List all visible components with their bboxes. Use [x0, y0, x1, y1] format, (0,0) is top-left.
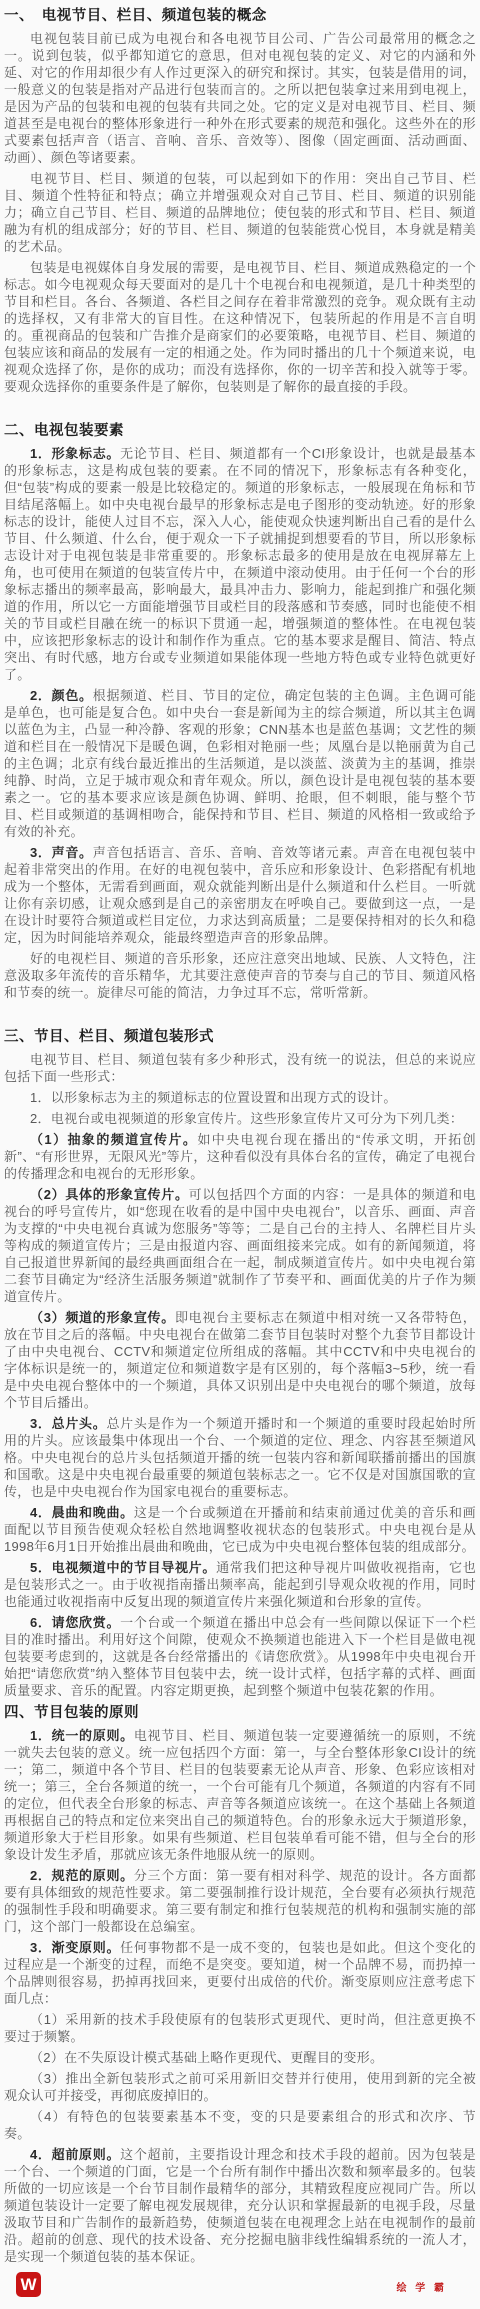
paragraph-text: 即电视台主要标志在频道中相对统一又各带特色，放在节目之后的落幅。中央电视台在做第…	[4, 1310, 476, 1410]
paragraph-text: 好的电视栏目、频道的音乐形象，还应注意突出地域、民族、人文特色，注意汲取多年流传…	[4, 951, 476, 1000]
paragraph: 电视包装目前已成为电视台和各电视节目公司、广告公司最常用的概念之一。说到包装，似…	[4, 30, 476, 166]
paragraph-lead-label: 3．渐变原则。	[30, 1940, 120, 1955]
paragraph: 5．电视频道中的节目导视片。通常我们把这种导视片叫做收视指南，它也是包装形式之一…	[4, 1559, 476, 1610]
paragraph-lead-label: （3）频道的形象宣传。	[30, 1310, 175, 1325]
paragraph: 电视节目、栏目、频道包装有多少种形式，没有统一的说法，但总的来说应包括下面一些形…	[4, 1051, 476, 1085]
paragraph: 6．请您欣赏。一个台或一个频道在播出中总会有一些间隙以保证下一个栏目的准时播出。…	[4, 1614, 476, 1699]
paragraph-lead-label: 3．声音。	[30, 845, 93, 860]
logo-letter-w: W	[20, 2276, 36, 2293]
paragraph-lead-label: （2）具体的形象宣传片。	[30, 1187, 189, 1202]
paragraph-lead-label: 1．统一的原则。	[30, 1728, 134, 1743]
document-page: 一、 电视节目、栏目、频道包装的概念电视包装目前已成为电视台和各电视节目公司、广…	[0, 0, 480, 2309]
section-heading: 三、节目、栏目、频道包装形式	[4, 1027, 476, 1047]
paragraph: 好的电视栏目、频道的音乐形象，还应注意突出地域、民族、人文特色，注意汲取多年流传…	[4, 950, 476, 1001]
paragraph-text: （3）推出全新包装形式之前可采用新旧交替并行使用，使用到新的完全被观众认可并接受…	[4, 2071, 476, 2103]
paragraph-text: 可以包括四个方面的内容：一是具体的频道和电视台的呼号宣传片，如“您现在收看的是中…	[4, 1187, 476, 1304]
paragraph: 包装是电视媒体自身发展的需要，是电视节目、栏目、频道成熟稳定的一个标志。如今电视…	[4, 259, 476, 395]
paragraph: （3）推出全新包装形式之前可采用新旧交替并行使用，使用到新的完全被观众认可并接受…	[4, 2070, 476, 2104]
paragraph: 4．晨曲和晚曲。这是一个台或频道在开播前和结束前通过优美的音乐和画面配以节目预告…	[4, 1504, 476, 1555]
paragraph: （1）抽象的频道宣传片。如中央电视台现在播出的“传承文明，开拓创新”、“有形世界…	[4, 1131, 476, 1182]
paragraph-text: 电视节目、栏目、频道的包装，可以起到如下的作用：突出自己节目、栏目、频道个性特征…	[4, 171, 476, 254]
paragraph-text: 这个超前，主要指设计理念和技术手段的超前。因为包装是一个台、一个频道的门面，它是…	[4, 2147, 476, 2264]
paragraph-text: （2）在不失原设计模式基础上略作更现代、更醒目的变形。	[30, 2050, 383, 2065]
paragraph: （3）频道的形象宣传。即电视台主要标志在频道中相对统一又各带特色，放在节目之后的…	[4, 1309, 476, 1411]
paragraph-lead-label: 1．形象标志。	[30, 446, 120, 461]
paragraph-text: 电视节目、栏目、频道包装有多少种形式，没有统一的说法，但总的来说应包括下面一些形…	[4, 1052, 476, 1084]
paragraph-lead-label: 4．晨曲和晚曲。	[30, 1505, 134, 1520]
section-heading: 一、 电视节目、栏目、频道包装的概念	[4, 6, 476, 26]
paragraph-text: （1）采用新的技术手段使原有的包装形式更现代、更时尚，但注意更换不要过于频繁。	[4, 2012, 476, 2044]
paragraph: 电视节目、栏目、频道的包装，可以起到如下的作用：突出自己节目、栏目、频道个性特征…	[4, 170, 476, 255]
paragraph-text: 根据频道、栏目、节目的定位，确定包装的主色调。主色调可能是单色，也可能是复合色。…	[4, 688, 476, 839]
paragraph: 2．规范的原则。分三个方面：第一要有相对科学、规范的设计。各方面都要有具体细致的…	[4, 1867, 476, 1935]
paragraph: 3．声音。声音包括语言、音乐、音响、音效等诸元素。声音在电视包装中起着非常突出的…	[4, 844, 476, 946]
paragraph-lead-label: 3．总片头。	[30, 1416, 106, 1431]
paragraph-lead-label: 5．电视频道中的节目导视片。	[30, 1560, 216, 1575]
paragraph: （2）具体的形象宣传片。可以包括四个方面的内容：一是具体的频道和电视台的呼号宣传…	[4, 1186, 476, 1305]
paragraph-text: 电视节目、栏目、频道包装一定要遵循统一的原则，不统一就失去包装的意义。统一应包括…	[4, 1728, 476, 1862]
paragraph-text: （4）有特色的包装要素基本不变，变的只是要素组合的形式和次序、节奏。	[4, 2109, 476, 2141]
paragraph-lead-label: 2．规范的原则。	[30, 1868, 134, 1883]
paragraph-text: 2．电视台或电视频道的形象宣传片。这些形象宣传片又可分为下列几类：	[30, 1111, 463, 1126]
huixueba-logo: W	[16, 2272, 41, 2297]
paragraph: （4）有特色的包装要素基本不变，变的只是要素组合的形式和次序、节奏。	[4, 2108, 476, 2142]
paragraph-text: 1．以形象标志为主的频道标志的位置设置和出现方式的设计。	[30, 1090, 397, 1105]
paragraph-text: 声音包括语言、音乐、音响、音效等诸元素。声音在电视包装中起着非常突出的作用。在好…	[4, 845, 476, 945]
paragraph-text: 包装是电视媒体自身发展的需要，是电视节目、栏目、频道成熟稳定的一个标志。如今电视…	[4, 260, 476, 394]
section-heading: 二、电视包装要素	[4, 421, 476, 441]
paragraph-text: 电视包装目前已成为电视台和各电视节目公司、广告公司最常用的概念之一。说到包装，似…	[4, 31, 476, 165]
paragraph-lead-label: 2．颜色。	[30, 688, 93, 703]
huixueba-stamp-text: 绘 学 霸	[396, 2284, 447, 2294]
paragraph: 4．超前原则。这个超前，主要指设计理念和技术手段的超前。因为包装是一个台、一个频…	[4, 2146, 476, 2265]
paragraph-lead-label: 4．超前原则。	[30, 2147, 120, 2162]
paragraph: 1．以形象标志为主的频道标志的位置设置和出现方式的设计。	[4, 1089, 476, 1106]
paragraph: （1）采用新的技术手段使原有的包装形式更现代、更时尚，但注意更换不要过于频繁。	[4, 2011, 476, 2045]
section-heading: 四、节目包装的原则	[4, 1703, 476, 1723]
paragraph: （2）在不失原设计模式基础上略作更现代、更醒目的变形。	[4, 2049, 476, 2066]
paragraph: 1．形象标志。无论节目、栏目、频道都有一个CI形象设计，也就是最基本的形象标志，…	[4, 445, 476, 683]
paragraph-lead-label: （1）抽象的频道宣传片。	[30, 1132, 197, 1147]
paragraph-lead-label: 6．请您欣赏。	[30, 1615, 120, 1630]
paragraph-text: 无论节目、栏目、频道都有一个CI形象设计，也就是最基本的形象标志，这是构成包装的…	[4, 446, 476, 682]
paragraph: 3．总片头。总片头是作为一个频道开播时和一个频道的重要时段起始时所用的片头。应该…	[4, 1415, 476, 1500]
paragraph: 1．统一的原则。电视节目、栏目、频道包装一定要遵循统一的原则，不统一就失去包装的…	[4, 1727, 476, 1863]
document-body: 一、 电视节目、栏目、频道包装的概念电视包装目前已成为电视台和各电视节目公司、广…	[4, 6, 476, 2265]
paragraph: 2．颜色。根据频道、栏目、节目的定位，确定包装的主色调。主色调可能是单色，也可能…	[4, 687, 476, 840]
paragraph: 2．电视台或电视频道的形象宣传片。这些形象宣传片又可分为下列几类：	[4, 1110, 476, 1127]
paragraph: 3．渐变原则。任何事物都不是一成不变的，包装也是如此。但这个变化的过程应是一个渐…	[4, 1939, 476, 2007]
